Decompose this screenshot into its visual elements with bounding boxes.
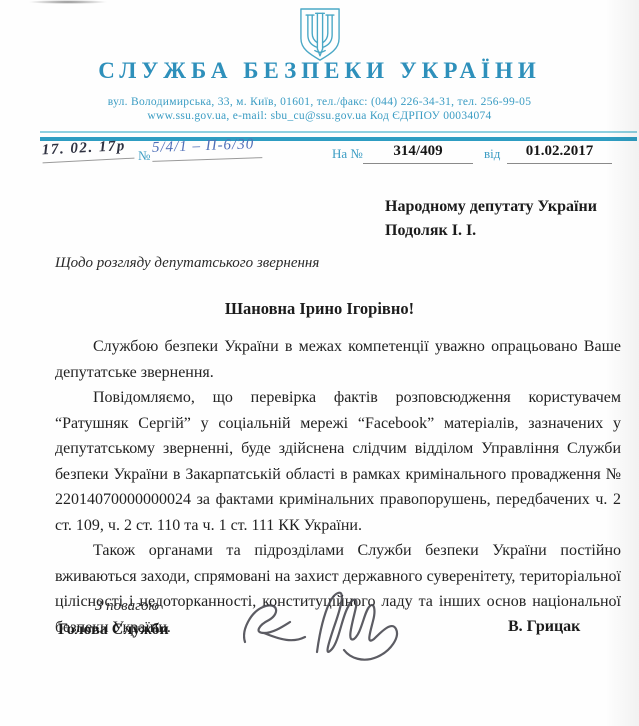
body-paragraph-1: Службою безпеки України в межах компетен… bbox=[55, 334, 621, 385]
handwritten-registration-date: 17. 02. 17р bbox=[42, 138, 135, 164]
recipient-block: Народному депутату України Подоляк І. І. bbox=[385, 195, 597, 243]
signer-title: Голова Служби bbox=[58, 621, 169, 639]
recipient-line2: Подоляк І. І. bbox=[385, 219, 597, 243]
closing-phrase: З повагою bbox=[95, 598, 159, 615]
body-paragraph-2: Повідомляємо, що перевірка фактів розпов… bbox=[55, 385, 621, 538]
org-name: СЛУЖБА БЕЗПЕКИ УКРАЇНИ bbox=[0, 58, 639, 84]
handwritten-registration-number: 5/4/1 – П-6/30 bbox=[152, 136, 263, 162]
org-address-line2: www.ssu.gov.ua, e-mail: sbu_cu@ssu.gov.u… bbox=[0, 110, 639, 122]
incoming-date: 01.02.2017 bbox=[507, 143, 612, 164]
scanned-letter-page: СЛУЖБА БЕЗПЕКИ УКРАЇНИ вул. Володимирськ… bbox=[0, 0, 639, 726]
subject-line: Щодо розгляду депутатського звернення bbox=[55, 255, 319, 272]
scan-artifact bbox=[28, 0, 108, 4]
salutation: Шановна Ірино Ігорівно! bbox=[0, 299, 639, 319]
signer-name: В. Грицак bbox=[508, 618, 580, 636]
reference-row: 17. 02. 17р № 5/4/1 – П-6/30 На № 314/40… bbox=[0, 140, 639, 170]
incoming-number: 314/409 bbox=[363, 143, 473, 164]
number-label: № bbox=[138, 148, 150, 164]
org-address-line1: вул. Володимирська, 33, м. Київ, 01601, … bbox=[0, 96, 639, 108]
incoming-date-label: від bbox=[484, 146, 500, 162]
incoming-number-label: На № bbox=[332, 146, 363, 162]
recipient-line1: Народному депутату України bbox=[385, 195, 597, 219]
handwritten-signature bbox=[235, 580, 445, 685]
